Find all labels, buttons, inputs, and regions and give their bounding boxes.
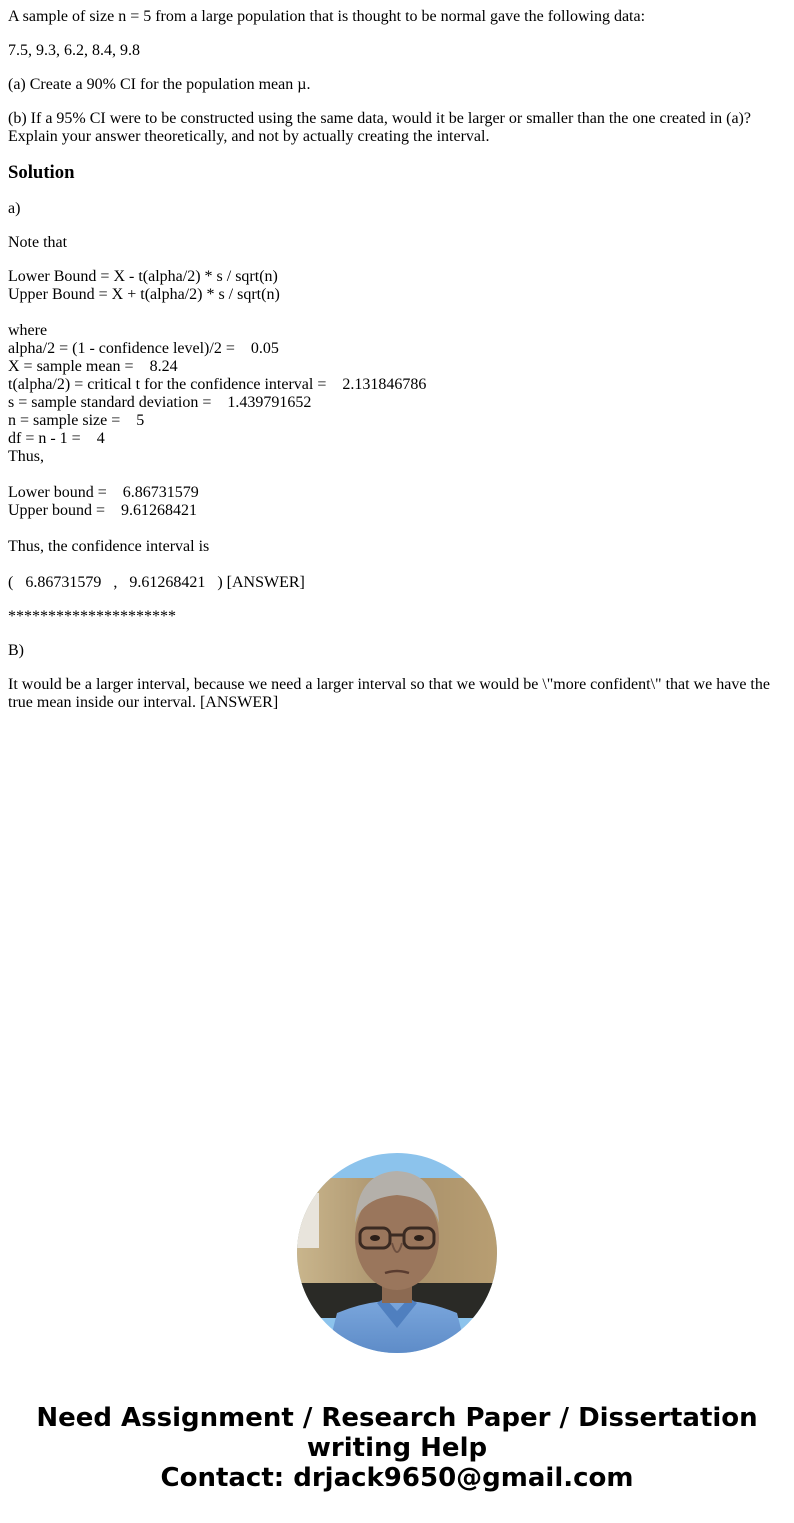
author-photo-icon [297, 1153, 497, 1353]
where-block: where alpha/2 = (1 - confidence level)/2… [8, 322, 786, 466]
upper-bound-formula: Upper Bound = X + t(alpha/2) * s / sqrt(… [8, 286, 786, 304]
solution-part-b-label: B) [8, 642, 786, 660]
document-body: A sample of size n = 5 from a large popu… [8, 8, 786, 728]
question-part-b: (b) If a 95% CI were to be constructed u… [8, 110, 786, 146]
solution-part-b-answer: It would be a larger interval, because w… [8, 676, 786, 712]
formula-block: Lower Bound = X - t(alpha/2) * s / sqrt(… [8, 268, 786, 304]
footer-line-1: Need Assignment / Research Paper / Disse… [0, 1403, 794, 1433]
where-label: where [8, 322, 786, 340]
solution-part-a-label: a) [8, 200, 786, 218]
footer-line-2: writing Help [0, 1433, 794, 1463]
question-intro: A sample of size n = 5 from a large popu… [8, 8, 786, 26]
thus-line: Thus, [8, 448, 786, 466]
df-line: df = n - 1 = 4 [8, 430, 786, 448]
alpha-half-line: alpha/2 = (1 - confidence level)/2 = 0.0… [8, 340, 786, 358]
question-part-a: (a) Create a 90% CI for the population m… [8, 76, 786, 94]
footer-contact-email: Contact: drjack9650@gmail.com [0, 1463, 794, 1493]
avatar [297, 1153, 497, 1353]
separator-stars: ********************* [8, 608, 786, 626]
ci-answer: ( 6.86731579 , 9.61268421 ) [ANSWER] [8, 574, 786, 592]
question-data-values: 7.5, 9.3, 6.2, 8.4, 9.8 [8, 42, 786, 60]
bounds-block: Lower bound = 6.86731579 Upper bound = 9… [8, 484, 786, 520]
solution-heading: Solution [8, 162, 786, 184]
note-that-text: Note that [8, 234, 786, 252]
sample-sd-line: s = sample standard deviation = 1.439791… [8, 394, 786, 412]
sample-mean-line: X = sample mean = 8.24 [8, 358, 786, 376]
sample-size-line: n = sample size = 5 [8, 412, 786, 430]
upper-bound-value: Upper bound = 9.61268421 [8, 502, 786, 520]
critical-t-line: t(alpha/2) = critical t for the confiden… [8, 376, 786, 394]
lower-bound-value: Lower bound = 6.86731579 [8, 484, 786, 502]
ci-intro: Thus, the confidence interval is [8, 538, 786, 556]
lower-bound-formula: Lower Bound = X - t(alpha/2) * s / sqrt(… [8, 268, 786, 286]
contact-footer: Need Assignment / Research Paper / Disse… [0, 1403, 794, 1493]
